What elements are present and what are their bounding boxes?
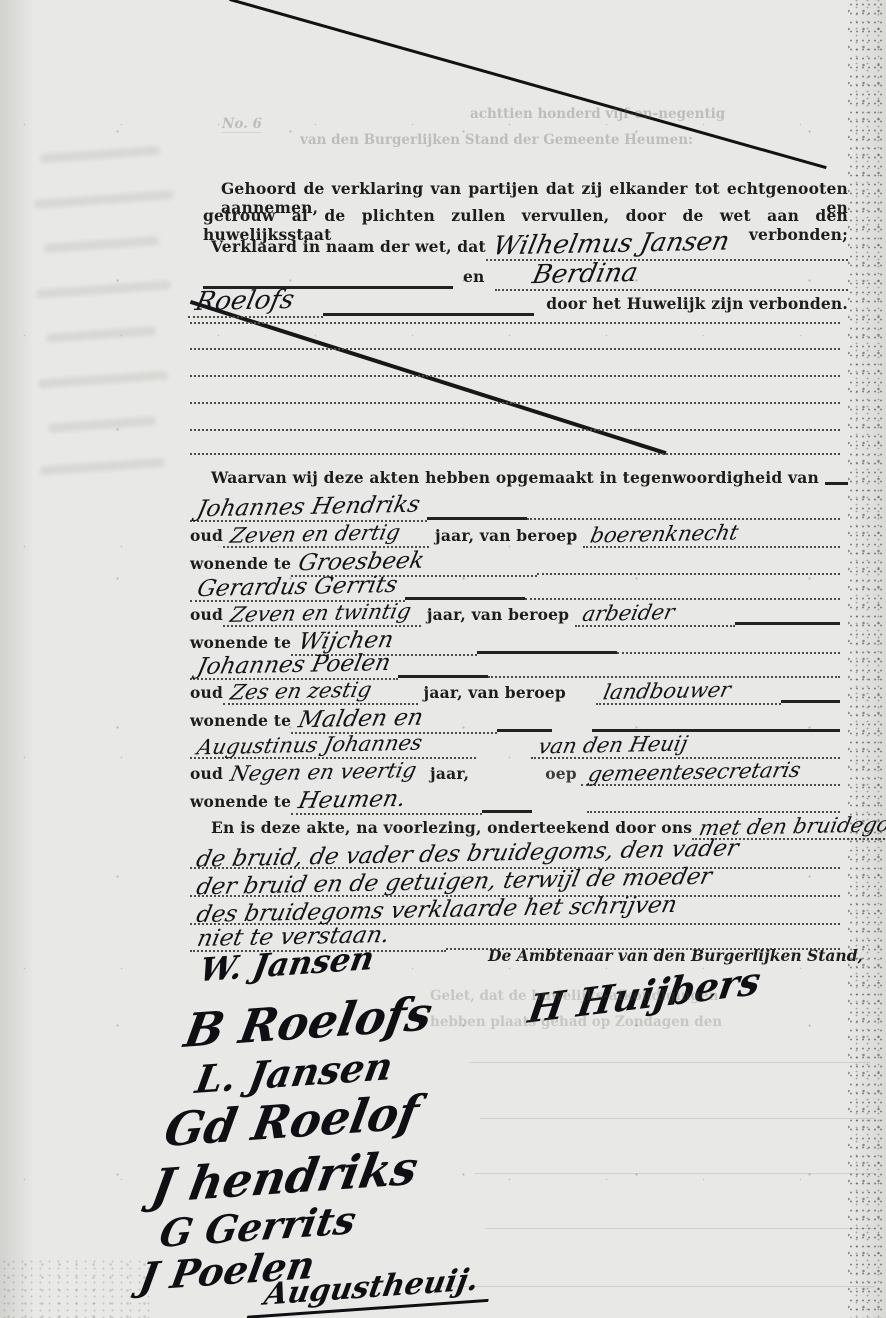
witness-1-name-row: Johannes Hendriks: [190, 494, 840, 522]
wonende-label: wonende te: [190, 792, 291, 811]
witness-name-entry-2: van den Heuij: [531, 733, 840, 759]
bleedthrough-smudge: [36, 280, 171, 298]
witness-4-name-continued: van den Heuij: [536, 731, 690, 758]
scan-edge-left: [0, 0, 34, 1318]
witness-3-residence: Malden en: [296, 705, 426, 734]
closing-hand-entry: de bruid, de vader des bruidegoms, den v…: [190, 841, 840, 869]
declaration-verbonden-row: Roelofs door het Huwelijk zijn verbonden…: [188, 286, 848, 318]
oud-label: oud: [190, 764, 223, 783]
filler-dash: [323, 310, 534, 316]
witness-4-age: Negen en veertig: [228, 758, 419, 786]
verbonden-label: door het Huwelijk zijn verbonden.: [534, 294, 848, 313]
bleedthrough-smudge: [38, 370, 168, 388]
blank-ruled-line: [190, 375, 840, 377]
groom-name-entry: Wilhelmus Jansen: [486, 229, 848, 261]
filler-dash: [592, 726, 840, 732]
closing-row: En is deze akte, na voorlezing, ondertee…: [203, 814, 848, 840]
witness-age-entry: Negen en veertig: [223, 760, 424, 784]
witness-2-name: Gerardus Gerrits: [195, 572, 400, 602]
ghost-bottom-line: hebben plaats gehad op Zondagen den: [430, 1014, 722, 1030]
ghost-ruled-line: [430, 1286, 875, 1287]
bleedthrough-smudge: [46, 326, 156, 343]
filler-dots: [587, 809, 840, 813]
jaar-beroep-label: jaar, van beroep: [418, 683, 572, 702]
en-label: en: [453, 267, 495, 286]
scan-edge-right: [848, 0, 886, 1318]
witness-3-profession: landbouwer: [601, 678, 733, 705]
witness-age-entry: Zes en zestig: [223, 679, 418, 705]
witness-name-entry: Gerardus Gerrits: [190, 574, 405, 602]
witness-intro-row: Waarvan wij deze akten hebben opgemaakt …: [203, 468, 848, 487]
wonende-label: wonende te: [190, 554, 291, 573]
blank-ruled-line: [190, 322, 840, 324]
signature-bride: B Roelofs: [180, 986, 436, 1058]
witness-2-profession: arbeider: [580, 600, 677, 626]
wonende-label: wonende te: [190, 711, 291, 730]
witness-name-entry: Johannes Hendriks: [190, 494, 427, 522]
oud-label: oud: [190, 526, 223, 545]
witness-1-age: Zeven en dertig: [228, 520, 402, 548]
witness-name-entry: Johannes Poelen: [190, 652, 398, 680]
witness-2-age: Zeven en twintig: [228, 599, 413, 627]
witness-name-entry: Augustinus Johannes: [190, 733, 476, 759]
closing-hand-row-3: des bruidegoms verklaarde het schrijven: [190, 897, 840, 925]
witness-intro-label: Waarvan wij deze akten hebben opgemaakt …: [203, 468, 819, 487]
scan-corner-speckle: [0, 1258, 150, 1318]
closing-hand-row-1: de bruid, de vader des bruidegoms, den v…: [190, 841, 840, 869]
verklaard-label: Verklaard in naam der wet, dat: [203, 237, 486, 256]
registrar-title: De Ambtenaar van den Burgerlijken Stand,: [488, 946, 863, 965]
witness-profession-entry: arbeider: [575, 601, 735, 627]
ghost-ruled-line: [475, 1173, 875, 1174]
witness-age-entry: Zeven en twintig: [223, 601, 421, 627]
bleedthrough-smudge: [44, 236, 159, 253]
closing-hand-entry: des bruidegoms verklaarde het schrijven: [190, 897, 840, 925]
ghost-ruled-line: [485, 1228, 875, 1229]
witness-4-name-row: Augustinus Johannes van den Heuij: [190, 733, 840, 759]
groom-name-handwritten: Wilhelmus Jansen: [490, 227, 732, 262]
filler-dash: [398, 672, 488, 678]
filler-dots: [525, 596, 840, 600]
witness-4-residence: Heumen.: [296, 786, 408, 814]
witness-4-age-row: oud Negen en veertig jaar, oep gemeentes…: [190, 760, 840, 786]
ghost-ruled-line: [480, 1118, 875, 1119]
oud-label: oud: [190, 683, 223, 702]
ghost-ruled-line: [470, 1062, 870, 1063]
blank-ruled-line: [190, 429, 840, 431]
ghost-header-line: van den Burgerlijken Stand der Gemeente …: [300, 132, 693, 148]
filler-dash: [735, 619, 840, 625]
bride-last-name-handwritten: Roelofs: [193, 285, 297, 317]
closing-printed-label: En is deze akte, na voorlezing, ondertee…: [203, 818, 692, 837]
filler-dash: [825, 479, 848, 485]
bleedthrough-smudge: [40, 458, 165, 476]
jaar-label: jaar,: [424, 764, 475, 783]
marriage-certificate-page: No. 6 achttien honderd vijf-en-negentig …: [0, 0, 886, 1318]
witness-1-profession: boerenknecht: [589, 520, 742, 547]
witness-2-name-row: Gerardus Gerrits: [190, 574, 840, 602]
witness-4-name: Augustinus Johannes: [195, 731, 425, 760]
witness-2-age-row: oud Zeven en twintig jaar, van beroep ar…: [190, 601, 840, 627]
jaar-beroep-label: jaar, van beroep: [421, 605, 575, 624]
filler-dots: [527, 516, 840, 520]
filler-dash: [482, 807, 532, 813]
bleedthrough-smudge: [40, 146, 160, 163]
beroep-label-fragment: oep: [545, 764, 581, 783]
oud-label: oud: [190, 605, 223, 624]
jaar-beroep-label: jaar, van beroep: [429, 526, 583, 545]
witness-age-entry: Zeven en dertig: [223, 522, 429, 548]
witness-profession-entry: gemeentesecretaris: [581, 760, 840, 786]
witness-4-profession: gemeentesecretaris: [586, 758, 803, 786]
filler-dash: [497, 726, 552, 732]
ghost-bottom-line: Gelet, dat de huwelijks-afkondigingen: [430, 988, 718, 1004]
ghost-header-line: achttien honderd vijf-en-negentig: [470, 106, 725, 122]
witness-4-residence-row: wonende te Heumen.: [190, 787, 840, 815]
ghost-ref-number: No. 6: [222, 116, 262, 133]
filler-dash: [405, 594, 525, 600]
closing-hand-entry: der bruid en de getuigen, terwijl de moe…: [190, 869, 840, 897]
witness-residence-entry: Heumen.: [291, 787, 482, 815]
bleedthrough-smudge: [48, 416, 156, 433]
witness-3-age-row: oud Zes en zestig jaar, van beroep landb…: [190, 679, 840, 705]
witness-1-age-row: oud Zeven en dertig jaar, van beroep boe…: [190, 522, 840, 548]
witness-profession-entry: boerenknecht: [583, 522, 840, 548]
blank-ruled-line: [190, 453, 840, 455]
declaration-verklaard-row: Verklaard in naam der wet, dat Wilhelmus…: [203, 229, 848, 261]
wonende-label: wonende te: [190, 633, 291, 652]
witness-1-residence-row: wonende te Groesbeek: [190, 549, 840, 577]
filler-dash: [427, 514, 527, 520]
witness-3-name: Johannes Poelen: [195, 650, 393, 680]
witness-3-age: Zes en zestig: [228, 678, 374, 705]
witness-residence-entry: Malden en: [291, 706, 497, 734]
witness-profession-entry: landbouwer: [596, 679, 781, 705]
blank-ruled-line: [190, 402, 840, 404]
blank-ruled-line: [190, 348, 840, 350]
filler-dash: [781, 697, 841, 703]
witness-1-name: Johannes Hendriks: [195, 492, 423, 523]
bleedthrough-smudge: [34, 190, 174, 209]
closing-hand-row-2: der bruid en de getuigen, terwijl de moe…: [190, 869, 840, 897]
witness-3-residence-row: wonende te Malden en: [190, 706, 840, 734]
filler-dots: [488, 674, 840, 678]
witness-3-name-row: Johannes Poelen: [190, 652, 840, 680]
bride-last-name-entry: Roelofs: [188, 286, 323, 318]
closing-handwritten-3: des bruidegoms verklaarde het schrijven: [194, 892, 679, 928]
